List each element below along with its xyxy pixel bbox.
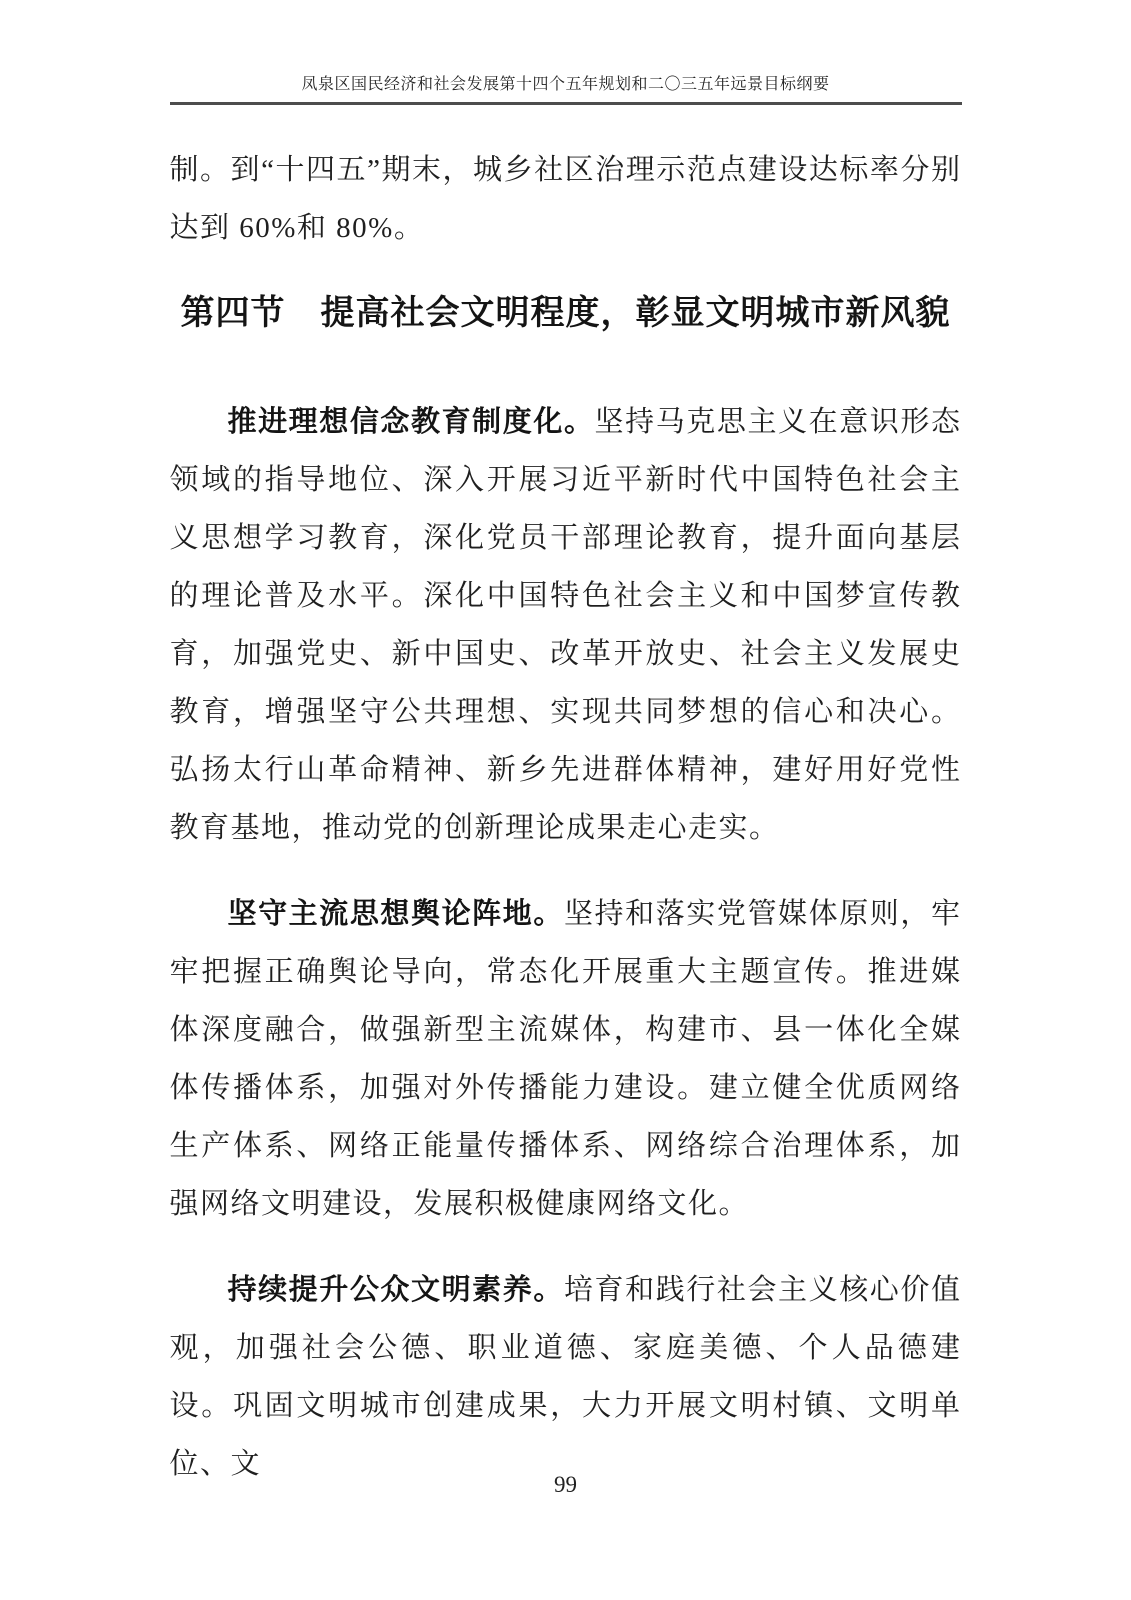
paragraph-text: 坚持马克思主义在意识形态领域的指导地位、深入开展习近平新时代中国特色社会主义思想… [170,406,962,844]
paragraph-text: 坚持和落实党管媒体原则，牢牢把握正确舆论导向，常态化开展重大主题宣传。推进媒体深… [170,898,962,1220]
body-paragraph-1: 推进理想信念教育制度化。坚持马克思主义在意识形态领域的指导地位、深入开展习近平新… [170,393,962,857]
paragraph-lead: 坚守主流思想舆论阵地。 [228,898,564,930]
page-footer: 99 [0,1472,1131,1498]
page-number: 99 [554,1472,577,1497]
body-paragraph-3: 持续提升公众文明素养。培育和践行社会主义核心价值观，加强社会公德、职业道德、家庭… [170,1261,962,1493]
page-header: 凤泉区国民经济和社会发展第十四个五年规划和二〇三五年远景目标纲要 [170,0,962,105]
intro-paragraph: 制。到“十四五”期末，城乡社区治理示范点建设达标率分别达到 60%和 80%。 [170,141,962,257]
body-paragraph-2: 坚守主流思想舆论阵地。坚持和落实党管媒体原则，牢牢把握正确舆论导向，常态化开展重… [170,885,962,1233]
paragraph-lead: 持续提升公众文明素养。 [228,1274,564,1306]
document-page: 凤泉区国民经济和社会发展第十四个五年规划和二〇三五年远景目标纲要 制。到“十四五… [0,0,1131,1600]
page-content: 制。到“十四五”期末，城乡社区治理示范点建设达标率分别达到 60%和 80%。 … [170,141,962,1493]
paragraph-lead: 推进理想信念教育制度化。 [228,406,595,438]
section-heading: 第四节 提高社会文明程度，彰显文明城市新风貌 [170,285,962,341]
header-title: 凤泉区国民经济和社会发展第十四个五年规划和二〇三五年远景目标纲要 [170,74,962,95]
